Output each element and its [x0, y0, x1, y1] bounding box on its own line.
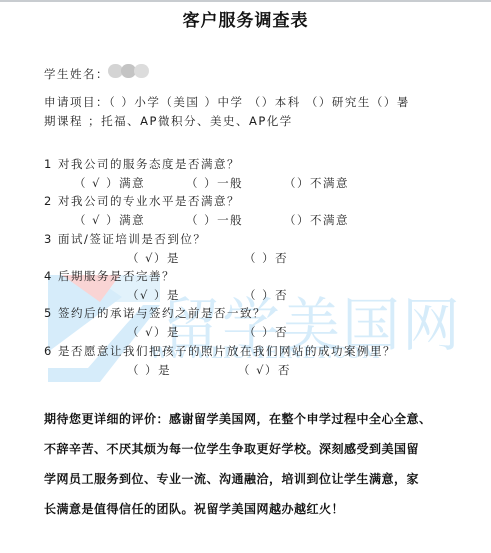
q4-option-yes[interactable]: （√ ）是: [127, 287, 180, 303]
comment-line-4: 长满意是值得信任的团队。祝留学美国网越办越红火！: [44, 500, 434, 517]
q4-option-no[interactable]: （ ）否: [244, 287, 288, 303]
q6-option-no[interactable]: （ √）否: [238, 362, 291, 378]
q5-option-no[interactable]: （ ）否: [244, 324, 288, 340]
question-4: 4 后期服务是否完善？: [44, 268, 175, 284]
question-1: 1 对我公司的服务态度是否满意？: [44, 156, 240, 172]
page-title: 客户服务调查表: [0, 6, 491, 31]
q1-option-average[interactable]: （ ）一般: [186, 175, 243, 191]
q2-option-satisfied[interactable]: （ √ ）满意: [74, 212, 145, 228]
application-line-1: 申请项目：（ ）小学（美国 ）中学 （）本科 （）研究生（）暑: [44, 94, 410, 110]
q1-option-unsatisfied[interactable]: （）不满意: [284, 175, 349, 191]
q5-option-yes[interactable]: （ √）是: [127, 324, 180, 340]
question-5: 5 签约后的承诺与签约之前是否一致？: [44, 305, 266, 321]
q3-option-no[interactable]: （ ）否: [244, 250, 288, 266]
q3-option-yes[interactable]: （ √）是: [127, 250, 180, 266]
question-6: 6 是否愿意让我们把孩子的照片放在我们网站的成功案例里？: [44, 343, 396, 359]
comment-line-3: 学网员工服务到位、专业一流、沟通融洽，培训到位让学生满意，家: [44, 470, 434, 487]
question-2: 2 对我公司的专业水平是否满意？: [44, 193, 240, 209]
q6-option-yes[interactable]: （ ）是: [127, 362, 171, 378]
question-3: 3 面试/签证培训是否到位？: [44, 231, 206, 247]
student-name-blurred: [108, 64, 150, 78]
window-top-border: [0, 0, 491, 2]
q1-option-satisfied[interactable]: （ √ ）满意: [74, 175, 145, 191]
student-name-label: 学生姓名：: [44, 66, 109, 82]
q2-option-unsatisfied[interactable]: （）不满意: [284, 212, 349, 228]
comment-line-1: 期待您更详细的评价：感谢留学美国网，在整个申学过程中全心全意、: [44, 410, 434, 427]
q2-option-average[interactable]: （ ）一般: [186, 212, 243, 228]
comment-line-2: 不辞辛苦、不厌其烦为每一位学生争取更好学校。深刻感受到美国留: [44, 440, 434, 457]
application-line-2: 期课程 ；托福、AP微积分、美史、AP化学: [44, 113, 293, 129]
